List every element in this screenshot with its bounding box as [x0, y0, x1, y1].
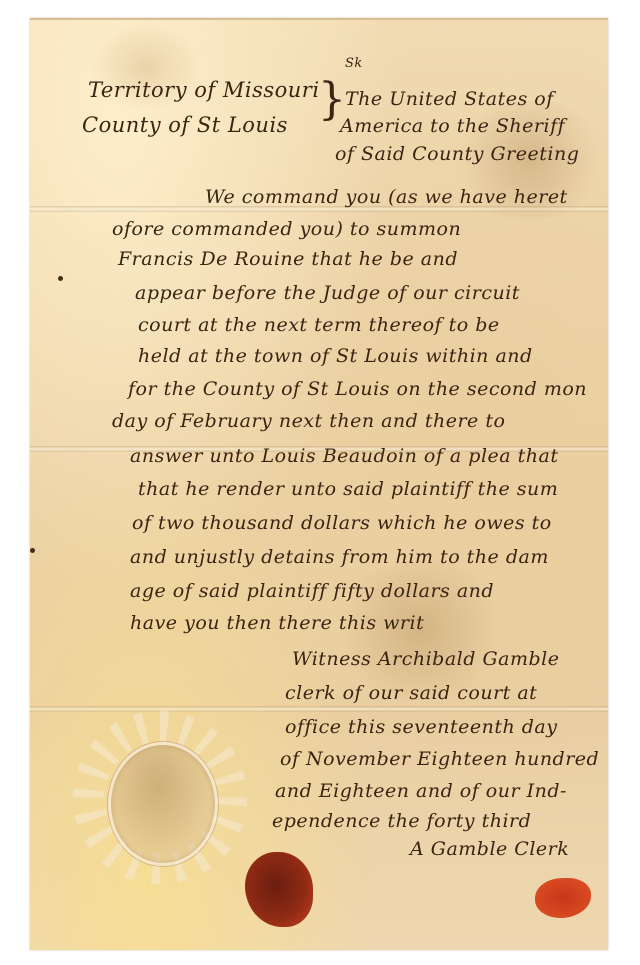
header-right-1: The United States of: [345, 88, 554, 110]
body-line: Francis De Rouine that he be and: [118, 248, 458, 270]
clerk-signature: A Gamble Clerk: [410, 838, 569, 860]
body-line: ofore commanded you) to summon: [112, 218, 461, 240]
body-line: answer unto Louis Beaudoin of a plea tha…: [130, 445, 558, 467]
header-annotation: Sk: [345, 56, 363, 71]
attestation-line: Witness Archibald Gamble: [292, 648, 559, 670]
embossed-seal-icon: [108, 742, 218, 866]
ink-blot: [30, 548, 35, 553]
attestation-line: and Eighteen and of our Ind-: [275, 780, 567, 802]
body-line: appear before the Judge of our circuit: [135, 282, 520, 304]
body-line: of two thousand dollars which he owes to: [132, 512, 552, 534]
body-line: have you then there this writ: [130, 612, 424, 634]
body-line: that he render unto said plaintiff the s…: [138, 478, 558, 500]
body-line: We command you (as we have heret: [205, 186, 568, 208]
ink-blot: [58, 276, 63, 281]
attestation-line: of November Eighteen hundred: [280, 748, 599, 770]
body-line: and unjustly detains from him to the dam: [130, 546, 549, 568]
attestation-line: office this seventeenth day: [285, 716, 557, 738]
body-line: held at the town of St Louis within and: [138, 345, 533, 367]
body-line: age of said plaintiff fifty dollars and: [130, 580, 494, 602]
fold-crease: [30, 706, 608, 712]
body-line: day of February next then and there to: [112, 410, 505, 432]
body-line: court at the next term thereof to be: [138, 314, 500, 336]
header-right-3: of Said County Greeting: [335, 143, 579, 165]
header-territory: Territory of Missouri: [88, 78, 320, 102]
attestation-line: clerk of our said court at: [285, 682, 537, 704]
header-county: County of St Louis: [82, 113, 288, 137]
attestation-line: ependence the forty third: [272, 810, 531, 832]
body-line: for the County of St Louis on the second…: [128, 378, 587, 400]
header-right-2: America to the Sheriff: [340, 115, 565, 137]
